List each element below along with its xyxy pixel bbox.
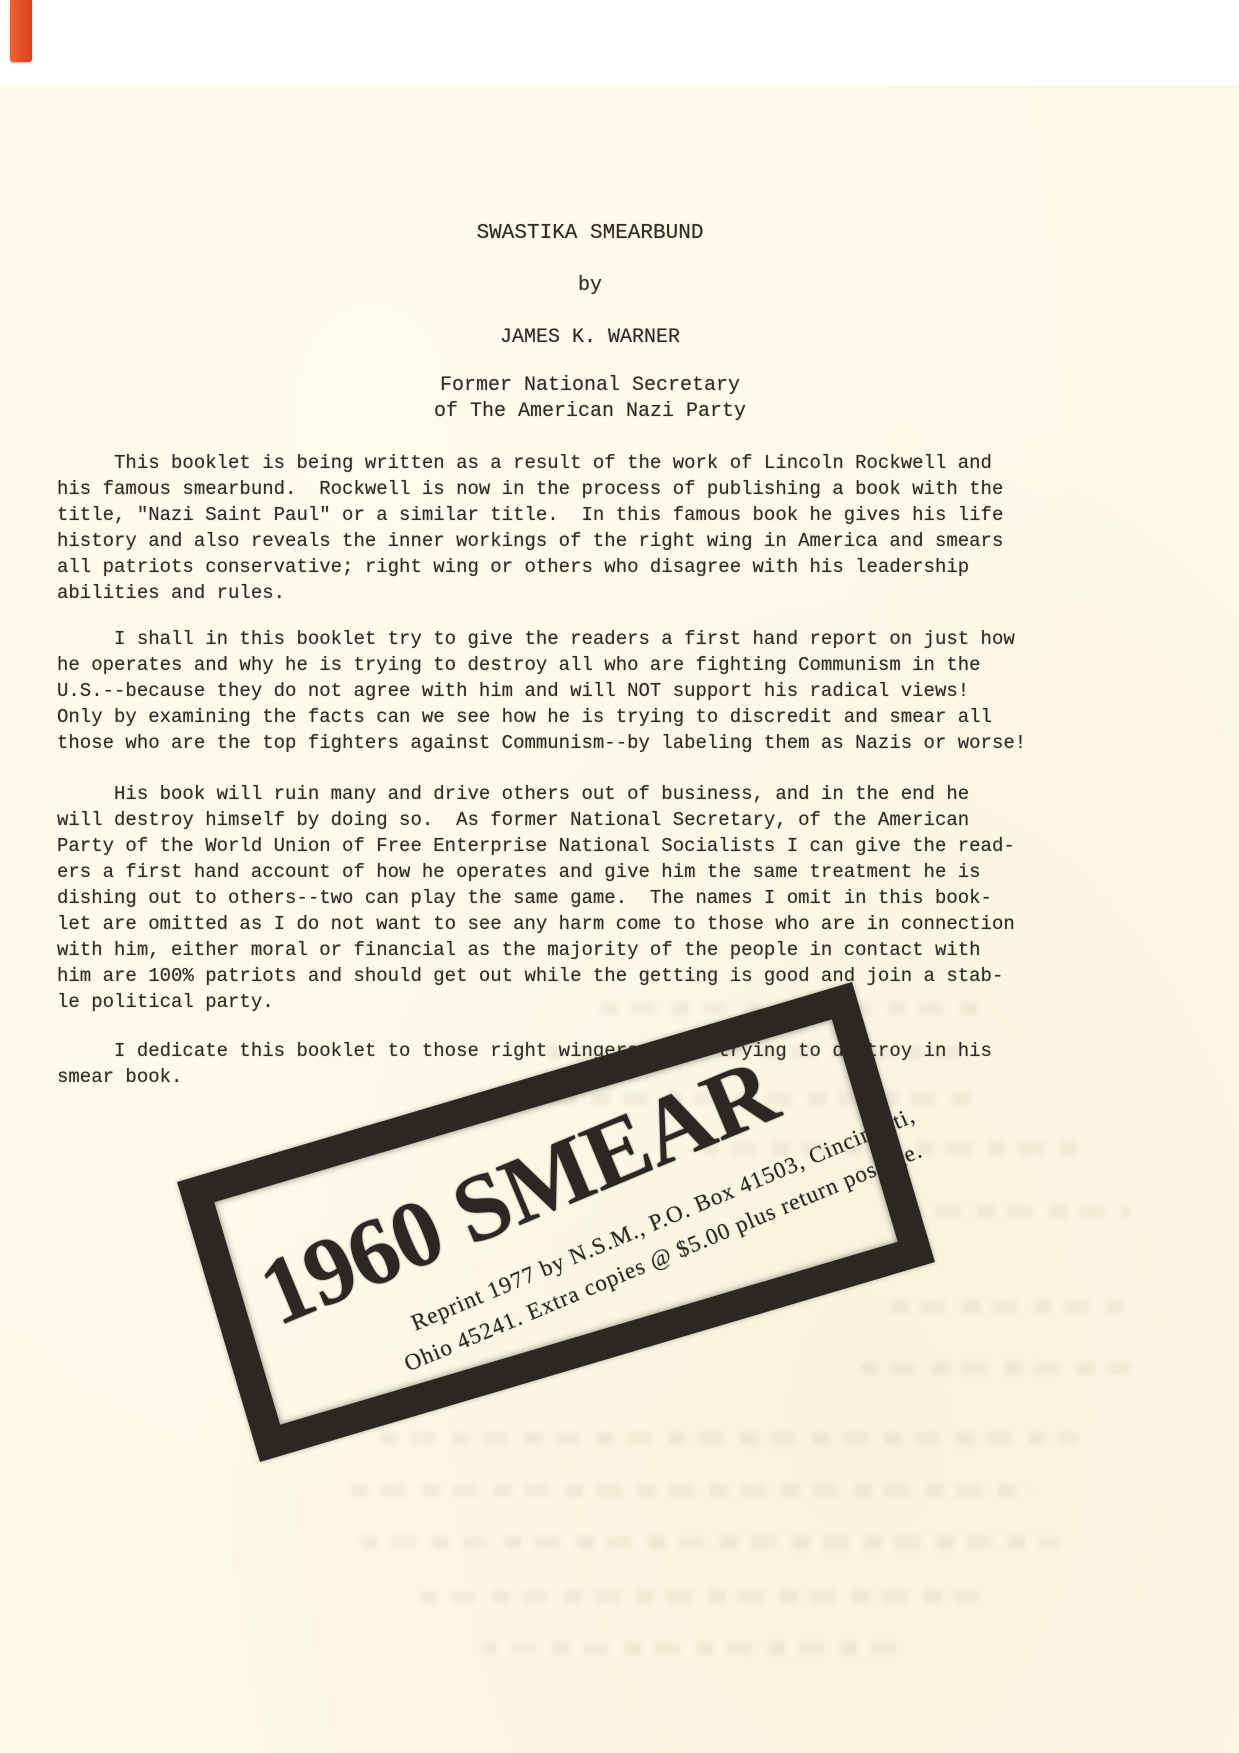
red-tab-marker [10,0,32,62]
paragraph-1: This booklet is being written as a resul… [57,450,1037,606]
author-name: JAMES K. WARNER [160,326,1020,350]
author-role-line2: of The American Nazi Party [160,400,1020,424]
byline: by [160,274,1020,298]
author-role-line1: Former National Secretary [160,374,1020,398]
paragraph-2: I shall in this booklet try to give the … [57,626,1037,756]
scanned-document-page: SWASTIKA SMEARBUND by JAMES K. WARNER Fo… [0,0,1239,1753]
document-title: SWASTIKA SMEARBUND [160,222,1020,246]
paragraph-3: His book will ruin many and drive others… [57,781,1037,1015]
